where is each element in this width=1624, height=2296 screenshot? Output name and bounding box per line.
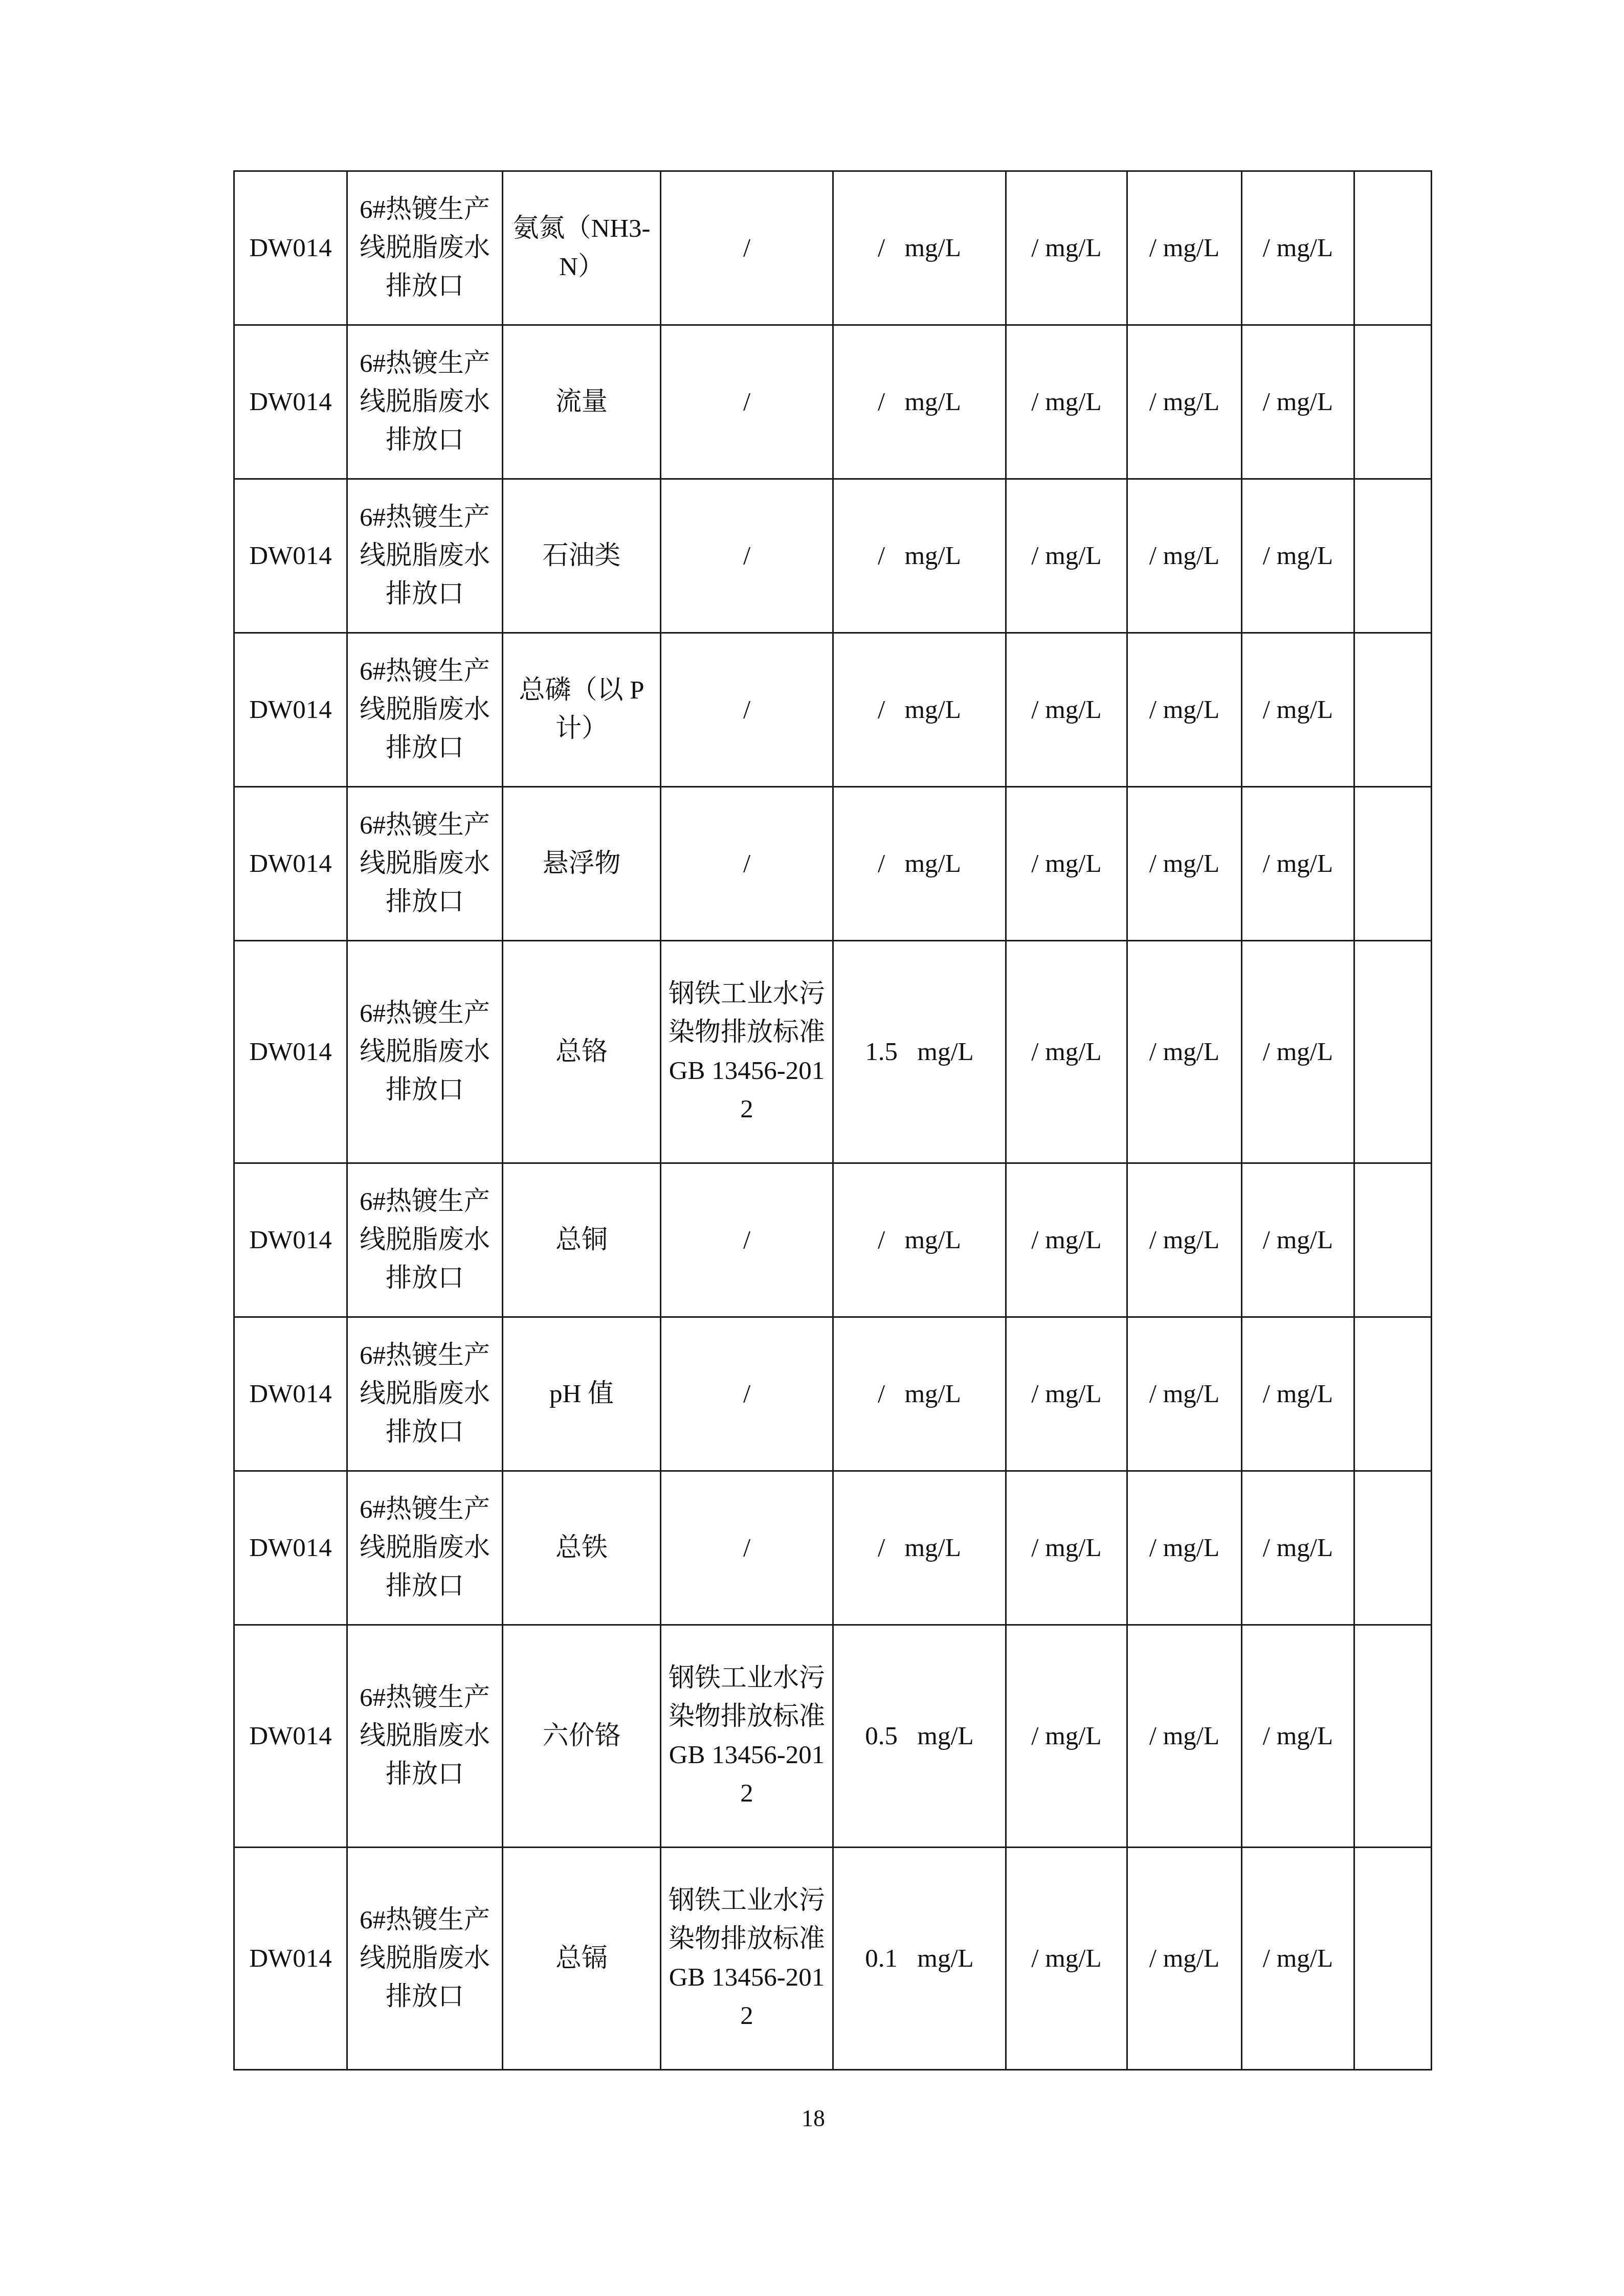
value-cell-4: [1354, 633, 1432, 787]
limit-cell: / mg/L: [833, 787, 1006, 941]
outlet-name-cell: 6#热镀生产线脱脂废水排放口: [347, 1625, 503, 1848]
value-cell-1: / mg/L: [1006, 1848, 1127, 2070]
pollutant-cell: 六价铬: [503, 1625, 661, 1848]
value-cell-3: / mg/L: [1242, 1848, 1354, 2070]
limit-cell: / mg/L: [833, 171, 1006, 325]
discharge-limits-table: DW014 6#热镀生产线脱脂废水排放口 氨氮（NH3-N） / / mg/L …: [233, 170, 1432, 2070]
standard-cell: /: [661, 479, 833, 633]
value-cell-4: [1354, 325, 1432, 479]
outlet-name-cell: 6#热镀生产线脱脂废水排放口: [347, 1317, 503, 1471]
pollutant-cell: 悬浮物: [503, 787, 661, 941]
limit-cell: / mg/L: [833, 1163, 1006, 1317]
value-cell-4: [1354, 1471, 1432, 1625]
value-cell-3: / mg/L: [1242, 325, 1354, 479]
value-cell-2: / mg/L: [1127, 633, 1242, 787]
value-cell-1: / mg/L: [1006, 941, 1127, 1163]
table-row: DW014 6#热镀生产线脱脂废水排放口 石油类 / / mg/L / mg/L…: [234, 479, 1432, 633]
outlet-name-cell: 6#热镀生产线脱脂废水排放口: [347, 1163, 503, 1317]
limit-cell: 0.5 mg/L: [833, 1625, 1006, 1848]
value-cell-1: / mg/L: [1006, 325, 1127, 479]
outlet-id-cell: DW014: [234, 1625, 347, 1848]
standard-cell: /: [661, 1471, 833, 1625]
outlet-id-cell: DW014: [234, 325, 347, 479]
value-cell-2: / mg/L: [1127, 787, 1242, 941]
outlet-name-cell: 6#热镀生产线脱脂废水排放口: [347, 479, 503, 633]
table-row: DW014 6#热镀生产线脱脂废水排放口 总铬 钢铁工业水污染物排放标准 GB …: [234, 941, 1432, 1163]
standard-cell: 钢铁工业水污染物排放标准 GB 13456-2012: [661, 1848, 833, 2070]
value-cell-2: / mg/L: [1127, 171, 1242, 325]
pollutant-cell: 流量: [503, 325, 661, 479]
standard-cell: /: [661, 633, 833, 787]
value-cell-3: / mg/L: [1242, 171, 1354, 325]
value-cell-2: / mg/L: [1127, 1625, 1242, 1848]
value-cell-3: / mg/L: [1242, 1163, 1354, 1317]
standard-cell: /: [661, 171, 833, 325]
pollutant-cell: 总铬: [503, 941, 661, 1163]
document-page: DW014 6#热镀生产线脱脂废水排放口 氨氮（NH3-N） / / mg/L …: [0, 0, 1624, 2296]
table-row: DW014 6#热镀生产线脱脂废水排放口 氨氮（NH3-N） / / mg/L …: [234, 171, 1432, 325]
value-cell-1: / mg/L: [1006, 171, 1127, 325]
value-cell-2: / mg/L: [1127, 1317, 1242, 1471]
standard-cell: /: [661, 1317, 833, 1471]
outlet-name-cell: 6#热镀生产线脱脂废水排放口: [347, 1848, 503, 2070]
value-cell-3: / mg/L: [1242, 479, 1354, 633]
value-cell-2: / mg/L: [1127, 325, 1242, 479]
pollutant-cell: 石油类: [503, 479, 661, 633]
table-row: DW014 6#热镀生产线脱脂废水排放口 悬浮物 / / mg/L / mg/L…: [234, 787, 1432, 941]
outlet-id-cell: DW014: [234, 171, 347, 325]
value-cell-1: / mg/L: [1006, 633, 1127, 787]
table-row: DW014 6#热镀生产线脱脂废水排放口 六价铬 钢铁工业水污染物排放标准 GB…: [234, 1625, 1432, 1848]
outlet-id-cell: DW014: [234, 1163, 347, 1317]
outlet-id-cell: DW014: [234, 1848, 347, 2070]
table-row: DW014 6#热镀生产线脱脂废水排放口 pH 值 / / mg/L / mg/…: [234, 1317, 1432, 1471]
value-cell-1: / mg/L: [1006, 1163, 1127, 1317]
limit-cell: / mg/L: [833, 479, 1006, 633]
standard-cell: /: [661, 325, 833, 479]
value-cell-1: / mg/L: [1006, 1471, 1127, 1625]
table-row: DW014 6#热镀生产线脱脂废水排放口 总铜 / / mg/L / mg/L …: [234, 1163, 1432, 1317]
standard-cell: 钢铁工业水污染物排放标准 GB 13456-2012: [661, 941, 833, 1163]
pollutant-cell: pH 值: [503, 1317, 661, 1471]
value-cell-4: [1354, 1163, 1432, 1317]
table-row: DW014 6#热镀生产线脱脂废水排放口 总磷（以 P 计） / / mg/L …: [234, 633, 1432, 787]
outlet-name-cell: 6#热镀生产线脱脂废水排放口: [347, 1471, 503, 1625]
outlet-id-cell: DW014: [234, 633, 347, 787]
outlet-id-cell: DW014: [234, 479, 347, 633]
value-cell-2: / mg/L: [1127, 1848, 1242, 2070]
limit-cell: / mg/L: [833, 1317, 1006, 1471]
pollutant-cell: 总镉: [503, 1848, 661, 2070]
outlet-name-cell: 6#热镀生产线脱脂废水排放口: [347, 787, 503, 941]
table-row: DW014 6#热镀生产线脱脂废水排放口 总铁 / / mg/L / mg/L …: [234, 1471, 1432, 1625]
value-cell-2: / mg/L: [1127, 941, 1242, 1163]
outlet-name-cell: 6#热镀生产线脱脂废水排放口: [347, 633, 503, 787]
standard-cell: 钢铁工业水污染物排放标准 GB 13456-2012: [661, 1625, 833, 1848]
pollutant-cell: 总铁: [503, 1471, 661, 1625]
value-cell-3: / mg/L: [1242, 1317, 1354, 1471]
value-cell-1: / mg/L: [1006, 1317, 1127, 1471]
value-cell-3: / mg/L: [1242, 787, 1354, 941]
pollutant-cell: 总铜: [503, 1163, 661, 1317]
outlet-name-cell: 6#热镀生产线脱脂废水排放口: [347, 171, 503, 325]
value-cell-2: / mg/L: [1127, 1163, 1242, 1317]
limit-cell: / mg/L: [833, 633, 1006, 787]
pollutant-cell: 氨氮（NH3-N）: [503, 171, 661, 325]
outlet-id-cell: DW014: [234, 787, 347, 941]
outlet-name-cell: 6#热镀生产线脱脂废水排放口: [347, 325, 503, 479]
outlet-name-cell: 6#热镀生产线脱脂废水排放口: [347, 941, 503, 1163]
value-cell-4: [1354, 1625, 1432, 1848]
value-cell-3: / mg/L: [1242, 633, 1354, 787]
value-cell-4: [1354, 1848, 1432, 2070]
table-row: DW014 6#热镀生产线脱脂废水排放口 总镉 钢铁工业水污染物排放标准 GB …: [234, 1848, 1432, 2070]
value-cell-1: / mg/L: [1006, 479, 1127, 633]
page-number: 18: [788, 2106, 839, 2131]
limit-cell: / mg/L: [833, 325, 1006, 479]
limit-cell: 1.5 mg/L: [833, 941, 1006, 1163]
standard-cell: /: [661, 787, 833, 941]
standard-cell: /: [661, 1163, 833, 1317]
value-cell-4: [1354, 479, 1432, 633]
table-row: DW014 6#热镀生产线脱脂废水排放口 流量 / / mg/L / mg/L …: [234, 325, 1432, 479]
value-cell-4: [1354, 941, 1432, 1163]
value-cell-3: / mg/L: [1242, 1625, 1354, 1848]
limit-cell: 0.1 mg/L: [833, 1848, 1006, 2070]
outlet-id-cell: DW014: [234, 1317, 347, 1471]
outlet-id-cell: DW014: [234, 941, 347, 1163]
value-cell-4: [1354, 1317, 1432, 1471]
value-cell-4: [1354, 787, 1432, 941]
value-cell-3: / mg/L: [1242, 941, 1354, 1163]
value-cell-1: / mg/L: [1006, 787, 1127, 941]
limit-cell: / mg/L: [833, 1471, 1006, 1625]
value-cell-2: / mg/L: [1127, 1471, 1242, 1625]
value-cell-4: [1354, 171, 1432, 325]
outlet-id-cell: DW014: [234, 1471, 347, 1625]
value-cell-1: / mg/L: [1006, 1625, 1127, 1848]
pollutant-cell: 总磷（以 P 计）: [503, 633, 661, 787]
value-cell-3: / mg/L: [1242, 1471, 1354, 1625]
value-cell-2: / mg/L: [1127, 479, 1242, 633]
